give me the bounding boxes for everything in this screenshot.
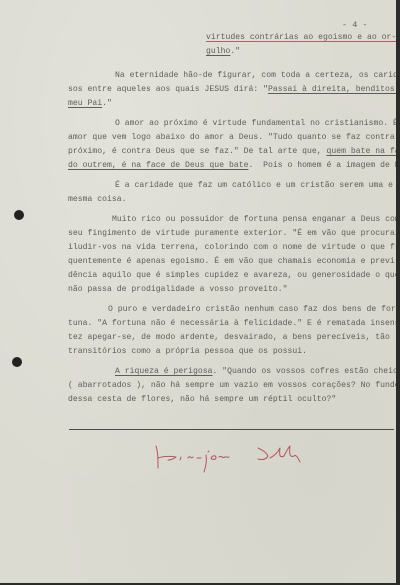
text-line: O puro e verdadeiro cristão nenhum caso … [108,305,400,315]
underlined-text: quem bate na face [326,147,400,156]
text-line: Muito rico ou possuidor de fortuna pensa… [112,215,400,225]
text-fragment: ." [230,47,240,56]
text-line: meu Pai." [68,99,112,109]
text-line: virtudes contrárias ao egoismo e ao or- [206,33,396,43]
text-line: transitórios como a própria pessoa que o… [68,347,307,357]
horizontal-rule [69,429,394,430]
text-line: tuna. "A fortuna não é necessária à feli… [68,319,400,329]
text-line: dessa cesta de flores, não há sempre um … [68,395,336,405]
text-line: sos entre aqueles aos quais JESUS dirá: … [68,85,400,95]
text-line: tez apegar-se, de modo ardente, desvaira… [68,333,390,343]
scan-border-right [396,0,400,585]
text-line: ( abarrotados ), não há sempre um vazio … [68,381,400,391]
text-line: É a caridade que faz um católico e um cr… [115,181,400,191]
text-line: não passa de prodigalidade a vosso prove… [68,285,287,295]
text-line: O amor ao próximo é virtude fundamental … [115,119,400,129]
hole-punch [12,357,22,367]
text-fragment: . "Quando os vossos cofres estão cheios [213,367,400,376]
text-line: amor que vem logo abaixo do amor a Deus.… [68,133,400,143]
text-line: quentemente é apenas egoismo. É em vão q… [68,257,400,267]
text-line: seu fingimento de virtude puramente exte… [68,229,400,239]
handwritten-signature [150,440,330,480]
text-line: gulho." [206,47,240,57]
underlined-text: virtudes contrárias ao egoismo e ao or- [206,33,396,42]
text-line: dência aquilo que é simples cupidez e av… [68,271,400,281]
underlined-text: gulho [206,47,230,56]
underlined-text: meu Pai [68,99,102,108]
text-line: iludir-vos na vida terrena, colorindo co… [68,243,400,253]
document-page: - 4 - virtudes contrárias ao egoismo e a… [0,0,396,583]
underlined-text: do outrem, é na face de Deus que bate [68,161,248,170]
text-line: Na eternidade hão-de figurar, com toda a… [115,71,400,81]
text-fragment: próximo, é contra Deus que se faz." De t… [68,147,326,156]
hole-punch [14,210,24,220]
page-number: - 4 - [342,20,368,30]
text-line: A riqueza é perigosa. "Quando os vossos … [115,367,400,377]
text-fragment: sos entre aqueles aos quais JESUS dirá: … [68,85,268,94]
text-line: do outrem, é na face de Deus que bate. P… [68,161,400,171]
underlined-text: A riqueza é perigosa [115,367,213,376]
text-line: próximo, é contra Deus que se faz." De t… [68,147,400,157]
text-fragment: . Pois o homem é a imagem de Deus. [248,161,400,170]
text-fragment: ." [102,99,112,108]
underlined-text: Passai à direita, benditos de [268,85,400,94]
text-line: mesma coisa. [68,195,127,205]
